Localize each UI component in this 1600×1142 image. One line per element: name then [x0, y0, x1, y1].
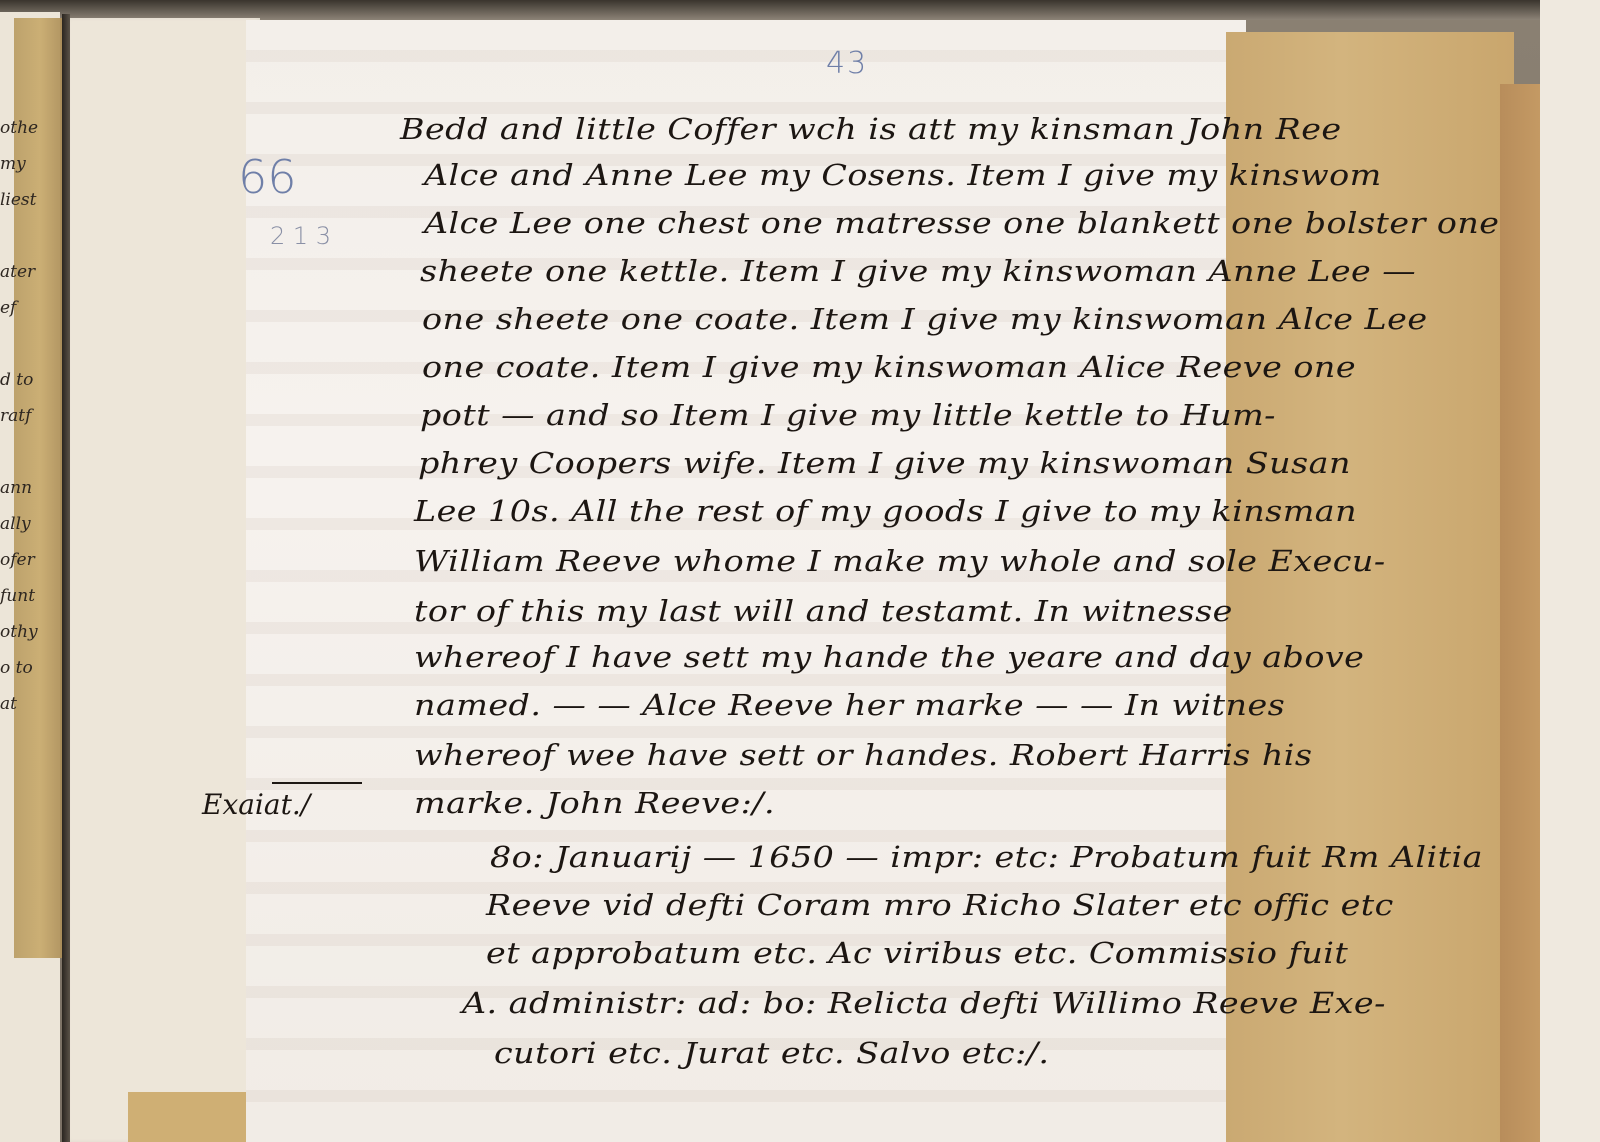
text-line: one sheete one coate. Item I give my kin…: [422, 302, 1428, 336]
text-line: Bedd and little Coffer wch is att my kin…: [400, 112, 1342, 146]
text-line: phrey Coopers wife. Item I give my kinsw…: [418, 446, 1351, 480]
text-line: one coate. Item I give my kinswoman Alic…: [422, 350, 1356, 384]
text-line: named. — — Alce Reeve her marke — — In w…: [414, 688, 1285, 722]
text-line: sheete one kettle. Item I give my kinswo…: [420, 254, 1416, 288]
text-line: William Reeve whome I make my whole and …: [414, 544, 1386, 578]
text-line: Reeve vid defti Coram mro Richo Slater e…: [486, 888, 1394, 922]
text-line: A. administr: ad: bo: Relicta defti Will…: [462, 986, 1386, 1020]
text-line: whereof I have sett my hande the yeare a…: [414, 640, 1364, 674]
text-line: pott — and so Item I give my little kett…: [420, 398, 1276, 432]
text-line: tor of this my last will and testamt. In…: [414, 594, 1233, 628]
manuscript-photograph: othe my liest ater ef d to ratf ann ally…: [0, 0, 1600, 1142]
text-line: 8o: Januarij — 1650 — impr: etc: Probatu…: [490, 840, 1483, 874]
text-line: Lee 10s. All the rest of my goods I give…: [414, 494, 1357, 528]
text-line: whereof wee have sett or handes. Robert …: [414, 738, 1312, 772]
text-line: marke. John Reeve:/.: [414, 786, 775, 820]
manuscript-text: Bedd and little Coffer wch is att my kin…: [0, 0, 1600, 1142]
text-line: Alce Lee one chest one matresse one blan…: [424, 206, 1499, 240]
text-line: cutori etc. Jurat etc. Salvo etc:/.: [494, 1036, 1049, 1070]
text-line: Alce and Anne Lee my Cosens. Item I give…: [424, 158, 1382, 192]
text-line: et approbatum etc. Ac viribus etc. Commi…: [486, 936, 1348, 970]
